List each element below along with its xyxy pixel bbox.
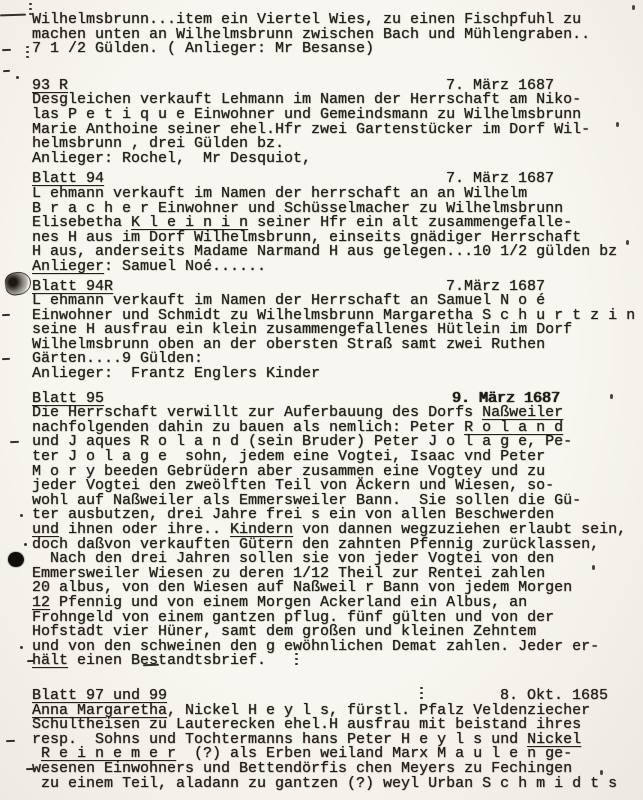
record-heading: 93 R <box>32 77 68 94</box>
text-segment: 7 1 /2 Gülden. ( Anlieger: Mr Besanse) <box>32 40 374 57</box>
record-heading: Blatt 95 <box>32 390 104 407</box>
text-segment: Anlieger: Frantz Englers Kinder <box>32 365 320 382</box>
record-section: Wilhelmsbrunn...item ein Viertel Wies, z… <box>32 13 637 57</box>
text-segment: Anlieger: Rochel, Mr Desquiot, <box>32 150 311 167</box>
record-date: 7. März 1687 <box>446 172 554 187</box>
record-heading: Blatt 94R <box>32 278 113 295</box>
text-segment: einen Bestandtsbrief. <box>68 652 266 669</box>
text-segment: zu einem Teil, aladann zu gantzen (?) we… <box>32 775 617 792</box>
record-heading-row: Blatt 947. März 1687 <box>32 172 637 187</box>
record-section: Blatt 947. März 1687L ehmann verkauft im… <box>32 172 637 274</box>
document-body: Wilhelmsbrunn...item ein Viertel Wies, z… <box>0 0 643 791</box>
document-page: { "document": { "kind": "typewritten-arc… <box>0 0 643 800</box>
record-date: 8. Okt. 1685 <box>500 689 608 704</box>
record-section: 93 R7. März 1687Desgleichen verkauft Leh… <box>32 79 637 167</box>
record-heading: Blatt 94 <box>32 170 104 187</box>
record-section: Blatt 97 und 998. Okt. 1685Anna Margaret… <box>32 689 637 791</box>
text-line: Anlieger: Samuel Noé...... <box>32 260 637 275</box>
text-line: hält einen Bestandtsbrief. <box>32 654 637 669</box>
record-section: Blatt 959. März 1687Die Herrschaft verwi… <box>32 392 637 669</box>
text-line: Anlieger: Rochel, Mr Desquiot, <box>32 152 637 167</box>
record-heading-row: Blatt 94R7.März 1687 <box>32 280 637 295</box>
text-line: Anlieger: Frantz Englers Kinder <box>32 367 637 382</box>
record-heading-row: Blatt 959. März 1687 <box>32 392 637 407</box>
record-heading-row: 93 R7. März 1687 <box>32 79 637 94</box>
text-segment: : Samuel Noé...... <box>104 258 266 275</box>
record-date: 7. März 1687 <box>446 79 554 94</box>
record-section: Blatt 94R7.März 1687L ehmann verkauft im… <box>32 280 637 382</box>
text-line: 7 1 /2 Gülden. ( Anlieger: Mr Besanse) <box>32 42 637 57</box>
record-date: 9. März 1687 <box>452 392 560 407</box>
record-heading-row: Blatt 97 und 998. Okt. 1685 <box>32 689 637 704</box>
text-line: zu einem Teil, aladann zu gantzen (?) we… <box>32 777 637 792</box>
record-date: 7.März 1687 <box>446 280 545 295</box>
text-segment: Anlieger <box>32 258 104 275</box>
record-heading: Blatt 97 und 99 <box>32 687 167 704</box>
text-segment: hält <box>32 652 68 669</box>
